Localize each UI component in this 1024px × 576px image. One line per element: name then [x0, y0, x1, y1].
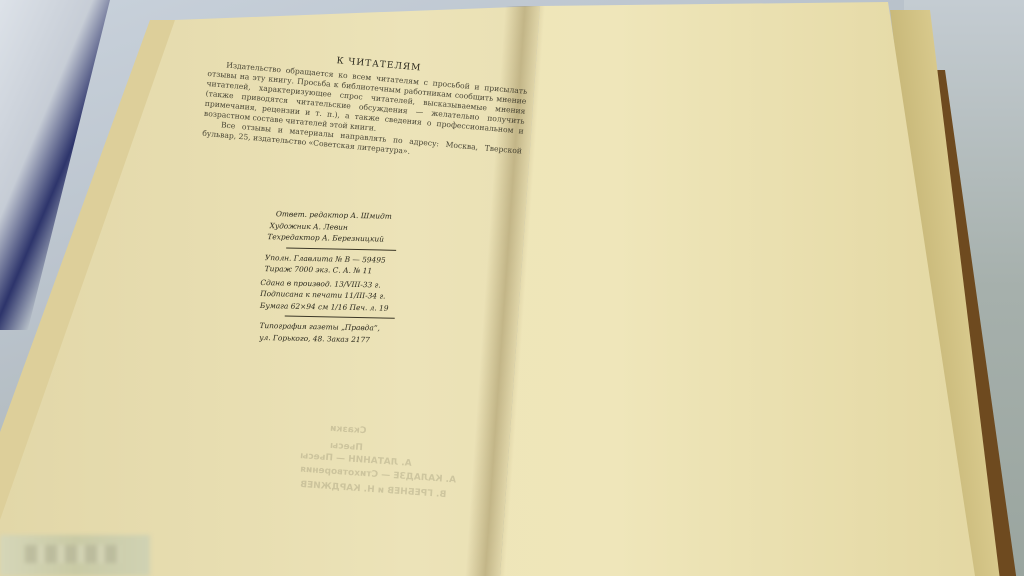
divider — [286, 247, 396, 250]
colophon-tech-editor: Техредактор А. Березницкий — [261, 231, 441, 246]
colophon: Ответ. редактор А. Шмидт Художник А. Лев… — [259, 208, 442, 347]
colophon-paper: Бумага 62×94 см 1/16 Печ. л. 19 — [260, 299, 440, 314]
colophon-print-run: Тираж 7000 экз. С. А. № 11 — [261, 263, 441, 278]
blurred-watermark — [0, 535, 150, 576]
divider — [285, 316, 395, 319]
